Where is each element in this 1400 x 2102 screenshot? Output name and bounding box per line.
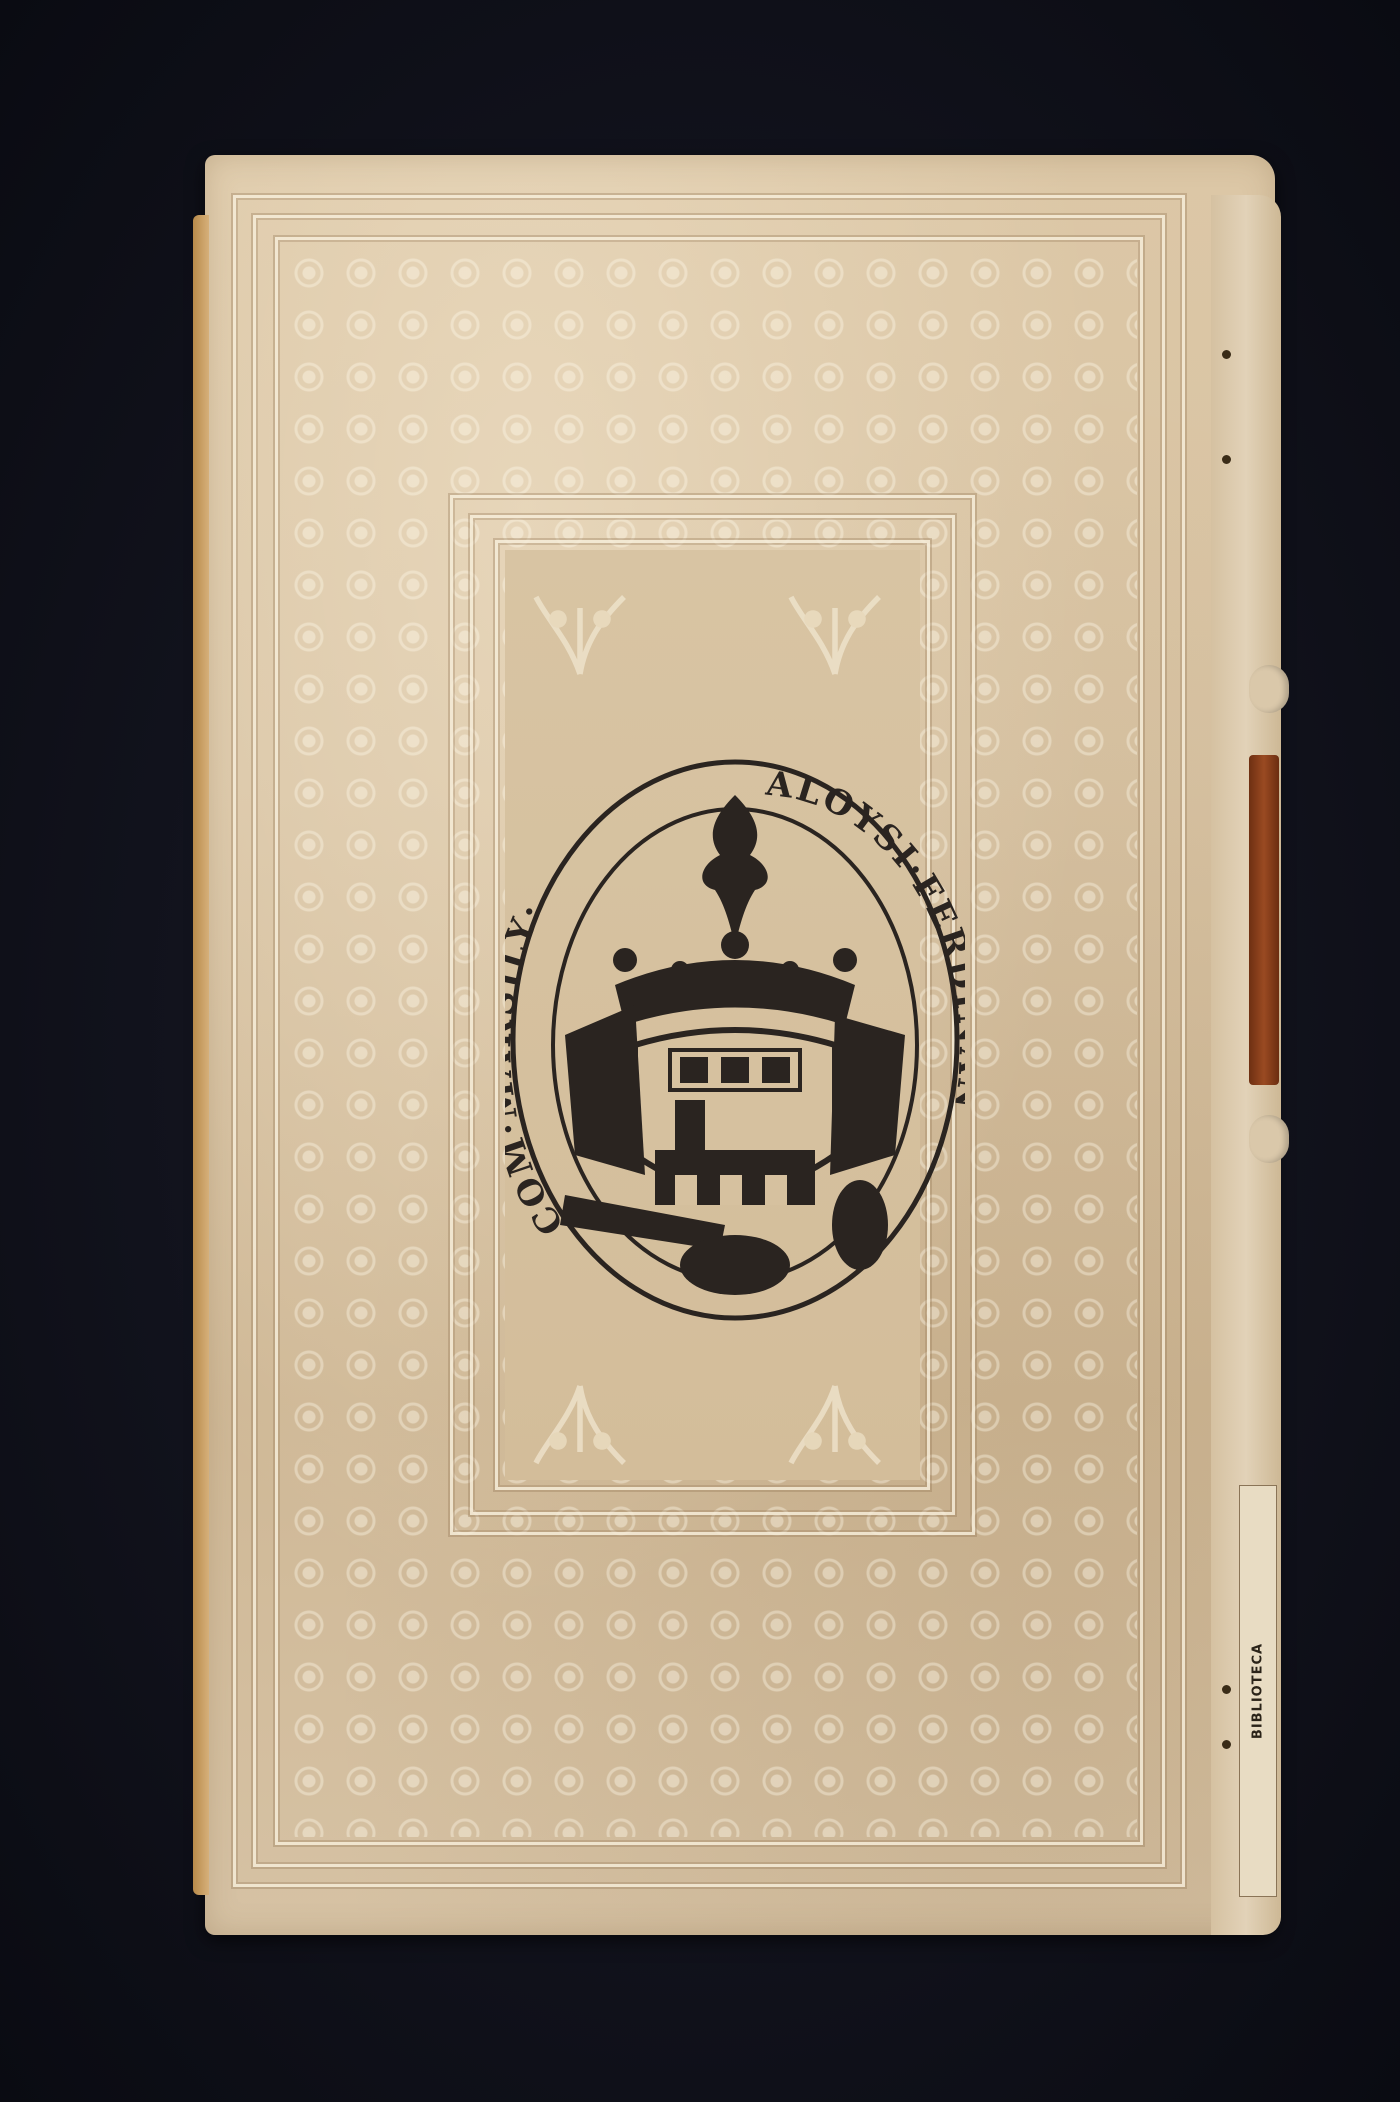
book-spine: BIBLIOTECA xyxy=(1211,195,1281,1935)
worm-hole xyxy=(1222,350,1231,359)
armorial-stamp: COM·MARSILY· ALOYSI·FERDINAN xyxy=(505,755,965,1325)
inscription-left: COM·MARSILY· xyxy=(505,895,572,1242)
leaf-fleuron-icon xyxy=(520,1375,640,1485)
spine-leather-label xyxy=(1249,755,1279,1085)
svg-text:COM·MARSILY·: COM·MARSILY· xyxy=(505,895,572,1242)
book-cover: COM·MARSILY· ALOYSI·FERDINAN xyxy=(205,155,1275,1935)
worm-hole xyxy=(1222,455,1231,464)
coat-of-arms-icon: COM·MARSILY· ALOYSI·FERDINAN xyxy=(505,755,965,1325)
spine-raised-band xyxy=(1249,1115,1289,1163)
spine-raised-band xyxy=(1249,665,1289,713)
leaf-fleuron-icon xyxy=(775,575,895,685)
leaf-fleuron-icon xyxy=(520,575,640,685)
leaf-fleuron-icon xyxy=(775,1375,895,1485)
worm-hole xyxy=(1222,1685,1231,1694)
spine-paper-label: BIBLIOTECA xyxy=(1239,1485,1277,1897)
book-fore-edge xyxy=(193,215,209,1895)
spine-label-text: BIBLIOTECA xyxy=(1251,1643,1266,1739)
worm-hole xyxy=(1222,1740,1231,1749)
